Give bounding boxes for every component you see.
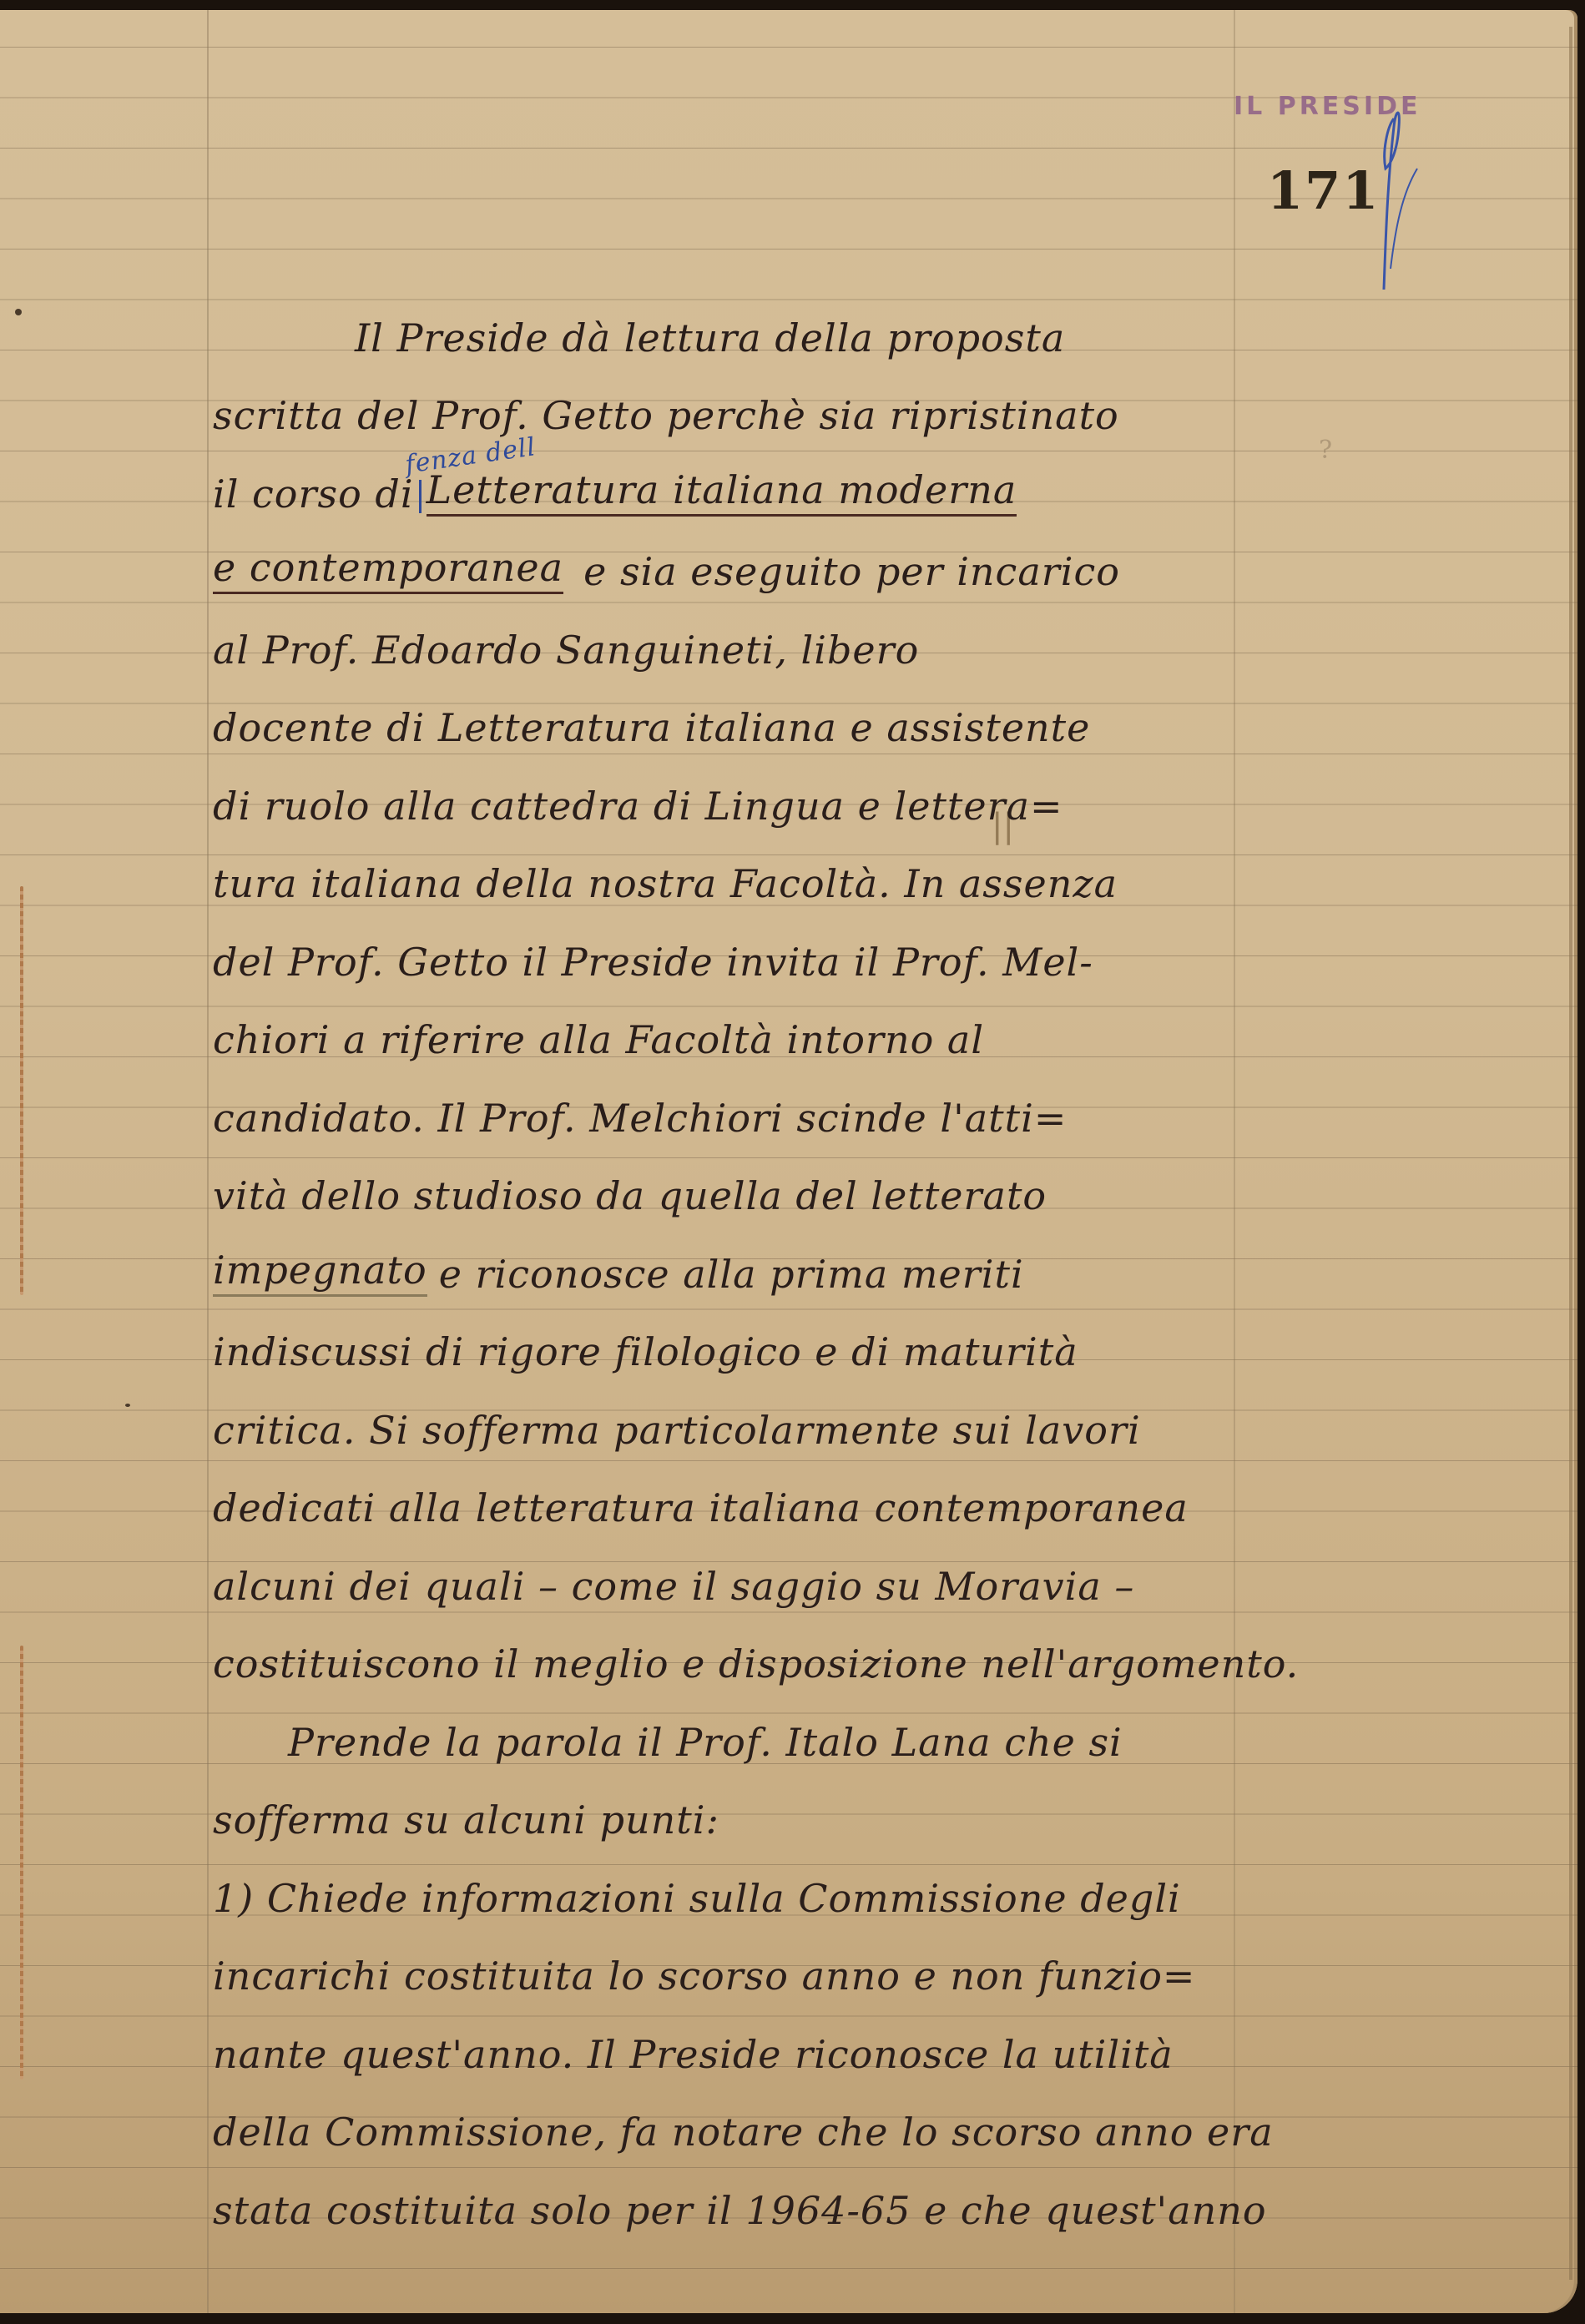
- binding-thread-icon: [20, 1646, 23, 2080]
- text-line-22: incarichi costituita lo scorso anno e no…: [213, 1933, 1290, 2011]
- text-line-4: e contemporanea e sia eseguito per incar…: [213, 528, 1290, 607]
- text-line-19: Prende la parola il Prof. Italo Lana che…: [213, 1698, 1290, 1777]
- text-line-5: al Prof. Edoardo Sanguineti, libero: [213, 606, 1290, 684]
- text-line-10: chiori a riferire alla Facoltà intorno a…: [213, 996, 1290, 1075]
- text-line-17: alcuni dei quali – come il saggio su Mor…: [213, 1542, 1290, 1621]
- text-line-14: indiscussi di rigore filologico e di mat…: [213, 1308, 1290, 1387]
- course-title-underlined-cont: e contemporanea: [213, 545, 563, 594]
- text-line-23: nante quest'anno. Il Preside riconosce l…: [213, 2010, 1290, 2089]
- text-line-11: candidato. Il Prof. Melchiori scinde l'a…: [213, 1074, 1290, 1152]
- insertion-caret-icon: [419, 480, 421, 513]
- text-line-9: del Prof. Getto il Preside invita il Pro…: [213, 918, 1290, 996]
- text-line-1: Il Preside dà lettura della proposta: [213, 294, 1290, 372]
- text-line-13: impegnato e riconosce alla prima meriti: [213, 1230, 1290, 1308]
- text-line-18: costituiscono il meglio e disposizione n…: [213, 1621, 1290, 1699]
- binding-thread-icon: [20, 886, 23, 1295]
- ink-spot: [125, 1404, 130, 1407]
- line-3-prefix: il corso di: [213, 471, 414, 517]
- minutes-body: Il Preside dà lettura della proposta scr…: [213, 294, 1290, 2245]
- text-line-6: docente di Letteratura italiana e assist…: [213, 684, 1290, 763]
- word-underlined-pencil: impegnato: [213, 1248, 427, 1297]
- bleed-through-mark: ?: [1319, 436, 1332, 465]
- text-line-21: 1) Chiede informazioni sulla Commissione…: [213, 1854, 1290, 1933]
- text-line-7: di ruolo alla cattedra di Lingua e lette…: [213, 762, 1290, 840]
- text-line-15: critica. Si sofferma particolarmente sui…: [213, 1386, 1290, 1464]
- line-4-suffix: e sia eseguito per incarico: [583, 549, 1120, 594]
- page-edge: [1569, 27, 1572, 2280]
- text-line-3: fenza dell il corso di Letteratura itali…: [213, 450, 1290, 528]
- text-line-25: stata costituita solo per il 1964-65 e c…: [213, 2166, 1290, 2245]
- signature-icon: [1352, 93, 1419, 294]
- course-title-underlined: Letteratura italiana moderna: [427, 467, 1017, 517]
- line-13-suffix: e riconosce alla prima meriti: [439, 1252, 1024, 1297]
- left-margin-rule: [207, 10, 209, 2313]
- text-line-16: dedicati alla letteratura italiana conte…: [213, 1464, 1290, 1543]
- text-line-20: sofferma su alcuni punti:: [213, 1777, 1290, 1855]
- scanned-register-page: IL PRESIDE 171 ? || Il Preside dà lettur…: [0, 0, 1585, 2324]
- text-line-8: tura italiana della nostra Facoltà. In a…: [213, 840, 1290, 919]
- ink-spot: [15, 309, 22, 315]
- text-line-2: scritta del Prof. Getto perchè sia ripri…: [213, 372, 1290, 451]
- text-line-24: della Commissione, fa notare che lo scor…: [213, 2089, 1290, 2167]
- text-line-12: vità dello studioso da quella del letter…: [213, 1152, 1290, 1231]
- paper-page: IL PRESIDE 171 ? || Il Preside dà lettur…: [0, 10, 1577, 2313]
